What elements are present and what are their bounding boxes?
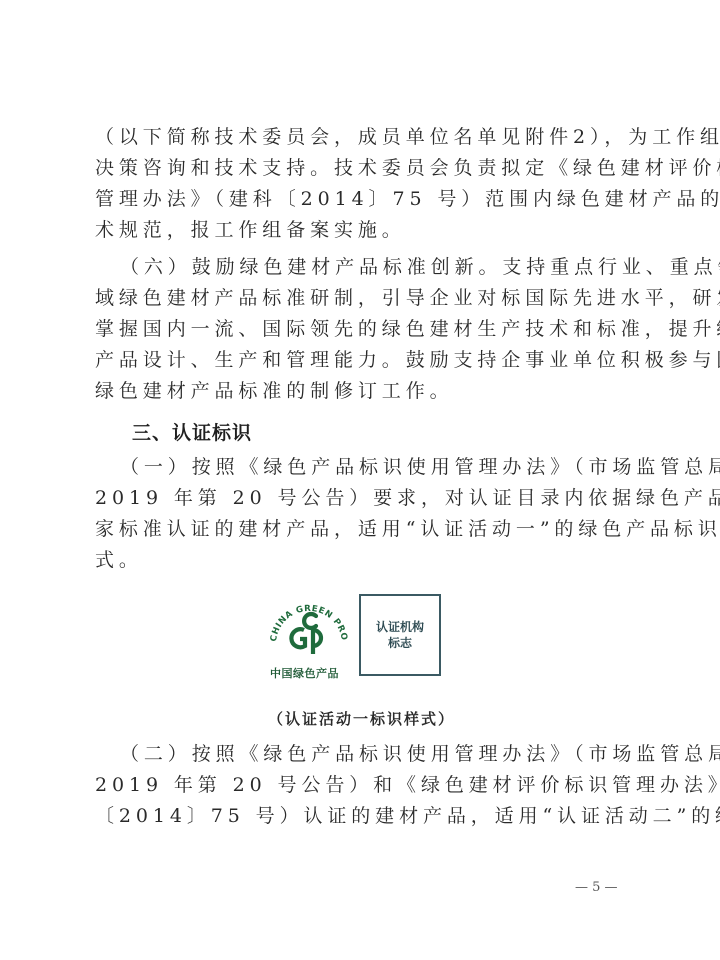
china-green-product-logo: CHINA GREEN PRODUCT 中国绿色产品 bbox=[268, 592, 350, 684]
text-line: 式。 bbox=[95, 549, 625, 571]
text-line: （六）鼓励绿色建材产品标准创新。支持重点行业、重点领 bbox=[120, 256, 625, 278]
text-line: 域绿色建材产品标准研制，引导企业对标国际先进水平，研发和 bbox=[95, 287, 625, 309]
text-line: 2019 年第 20 号公告）和《绿色建材评价标识管理办法》（建科 bbox=[95, 774, 625, 796]
text-line: 产品设计、生产和管理能力。鼓励支持企事业单位积极参与国家 bbox=[95, 349, 625, 371]
figure-caption: （认证活动一标识样式） bbox=[268, 708, 455, 729]
cert-box-line: 认证机构 bbox=[376, 619, 424, 635]
text-line: （一）按照《绿色产品标识使用管理办法》（市场监管总局 bbox=[120, 456, 625, 478]
text-line: （以下简称技术委员会，成员单位名单见附件2），为工作组提供 bbox=[95, 126, 625, 148]
text-line: （二）按照《绿色产品标识使用管理办法》（市场监管总局 bbox=[120, 743, 625, 765]
page-number: — 5 — bbox=[575, 880, 618, 895]
text-line: 管理办法》（建科〔2014〕75 号）范围内绿色建材产品的认证技 bbox=[95, 188, 625, 210]
text-line: 绿色建材产品标准的制修订工作。 bbox=[95, 380, 625, 402]
text-line: 术规范，报工作组备案实施。 bbox=[95, 219, 625, 241]
certification-body-mark-box: 认证机构 标志 bbox=[359, 594, 441, 676]
text-line: 〔2014〕75 号）认证的建材产品，适用“认证活动二”的绿色产 bbox=[95, 805, 625, 827]
text-line: 决策咨询和技术支持。技术委员会负责拟定《绿色建材评价标识 bbox=[95, 157, 625, 179]
green-product-label-figure: CHINA GREEN PRODUCT 中国绿色产品 认证机构 标志 bbox=[268, 592, 448, 684]
text-line: 掌握国内一流、国际领先的绿色建材生产技术和标准，提升绿色 bbox=[95, 318, 625, 340]
section-heading: 三、认证标识 bbox=[132, 418, 252, 445]
cert-box-line: 标志 bbox=[388, 635, 412, 651]
text-line: 2019 年第 20 号公告）要求，对认证目录内依据绿色产品评价国 bbox=[95, 487, 625, 509]
text-line: 家标准认证的建材产品，适用“认证活动一”的绿色产品标识样 bbox=[95, 518, 625, 540]
logo-caption: 中国绿色产品 bbox=[270, 665, 339, 681]
document-page: （以下简称技术委员会，成员单位名单见附件2），为工作组提供 决策咨询和技术支持。… bbox=[0, 0, 720, 960]
cgp-logo-icon: CHINA GREEN PRODUCT bbox=[268, 592, 350, 666]
svg-text:CHINA GREEN PRODUCT: CHINA GREEN PRODUCT bbox=[268, 592, 349, 642]
